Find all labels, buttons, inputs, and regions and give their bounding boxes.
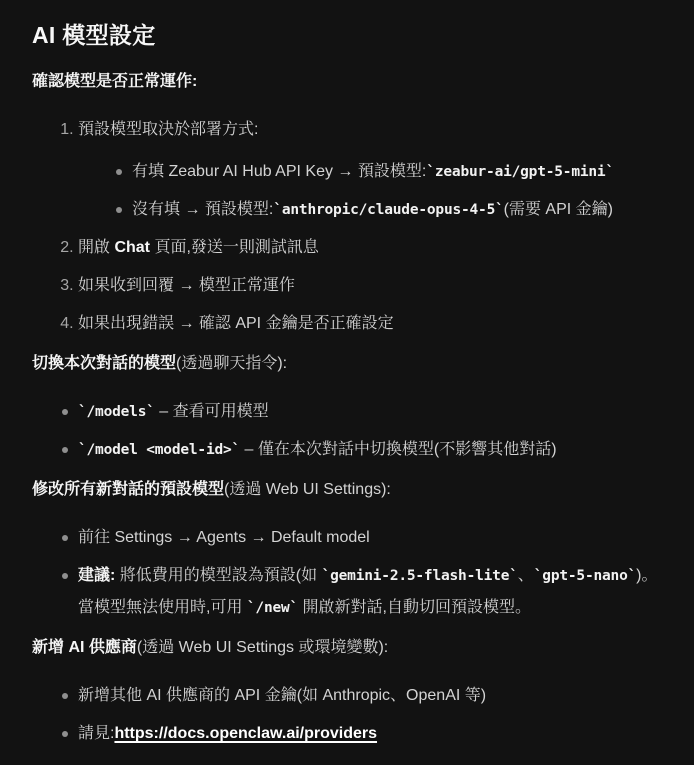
text-run: (透過 Web UI Settings):	[224, 481, 391, 498]
nested-list-item: 有填 Zeabur AI Hub API Key → 預設模型:`zeabur-…	[132, 156, 670, 188]
inline-code: `gemini-2.5-flash-lite`	[322, 568, 518, 584]
list-item: 前往 Settings → Agents → Default model	[78, 522, 670, 554]
bold-text: 切換本次對話的模型	[32, 355, 176, 372]
bullet-list: 前往 Settings → Agents → Default model建議: …	[32, 522, 670, 624]
text-run: (需要 API 金鑰)	[504, 201, 613, 218]
section-heading: 修改所有新對話的預設模型(透過 Web UI Settings):	[32, 474, 670, 506]
inline-code: `/model <model-id>`	[78, 442, 240, 458]
text-run: 如果出現錯誤 → 確認 API 金鑰是否正確設定	[78, 315, 394, 332]
list-item: 開啟 Chat 頁面,發送一則測試訊息	[78, 232, 670, 264]
text-run: (透過 Web UI Settings 或環境變數):	[137, 639, 388, 656]
bold-text: Chat	[114, 239, 150, 256]
list-item: 請見:https://docs.openclaw.ai/providers	[78, 718, 670, 750]
text-run: 頁面,發送一則測試訊息	[150, 239, 319, 256]
text-run: 有填 Zeabur AI Hub API Key → 預設模型:	[132, 163, 426, 180]
list-item: 建議: 將低費用的模型設為預設(如 `gemini-2.5-flash-lite…	[78, 560, 670, 624]
text-run: 將低費用的模型設為預設(如	[115, 567, 321, 584]
text-run: 如果收到回覆 → 模型正常運作	[78, 277, 295, 294]
text-run: 沒有填 → 預設模型:	[132, 201, 273, 218]
section-heading: 切換本次對話的模型(透過聊天指令):	[32, 348, 670, 380]
document-page: { "theme": { "background": "#121212", "b…	[0, 0, 694, 765]
inline-code: `zeabur-ai/gpt-5-mini`	[426, 164, 614, 180]
list-item: 如果出現錯誤 → 確認 API 金鑰是否正確設定	[78, 308, 670, 340]
section-heading: 新增 AI 供應商(透過 Web UI Settings 或環境變數):	[32, 632, 670, 664]
text-run: 開啟	[78, 239, 114, 256]
nested-list-item: 沒有填 → 預設模型:`anthropic/claude-opus-4-5`(需…	[132, 194, 670, 226]
ordered-list: 預設模型取決於部署方式:有填 Zeabur AI Hub API Key → 預…	[32, 114, 670, 340]
inline-code: `/models`	[78, 404, 155, 420]
inline-code: `anthropic/claude-opus-4-5`	[273, 202, 503, 218]
document-body: 確認模型是否正常運作:預設模型取決於部署方式:有填 Zeabur AI Hub …	[32, 66, 670, 750]
list-item: 如果收到回覆 → 模型正常運作	[78, 270, 670, 302]
bullet-list: 新增其他 AI 供應商的 API 金鑰(如 Anthropic、OpenAI 等…	[32, 680, 670, 750]
section-heading: 確認模型是否正常運作:	[32, 66, 670, 98]
text-run: 開啟新對話,自動切回預設模型。	[298, 599, 531, 616]
text-run: 前往 Settings → Agents → Default model	[78, 529, 370, 546]
bold-text: 新增 AI 供應商	[32, 639, 137, 656]
bold-text: 修改所有新對話的預設模型	[32, 481, 224, 498]
bullet-list: `/models` – 查看可用模型`/model <model-id>` – …	[32, 396, 670, 466]
list-item: `/model <model-id>` – 僅在本次對話中切換模型(不影響其他對…	[78, 434, 670, 466]
bold-text: 確認模型是否正常運作:	[32, 73, 197, 90]
inline-code: `/new`	[247, 600, 298, 616]
text-run: 預設模型取決於部署方式:	[78, 121, 258, 138]
inline-code: `gpt-5-nano`	[534, 568, 636, 584]
text-run: 、	[518, 567, 534, 584]
text-run: (透過聊天指令):	[176, 355, 287, 372]
nested-list: 有填 Zeabur AI Hub API Key → 預設模型:`zeabur-…	[78, 156, 670, 226]
text-run: 新增其他 AI 供應商的 API 金鑰(如 Anthropic、OpenAI 等…	[78, 687, 486, 704]
text-run: – 僅在本次對話中切換模型(不影響其他對話)	[240, 441, 556, 458]
bold-text: 建議:	[78, 567, 115, 584]
list-item: 新增其他 AI 供應商的 API 金鑰(如 Anthropic、OpenAI 等…	[78, 680, 670, 712]
list-item: `/models` – 查看可用模型	[78, 396, 670, 428]
page-title: AI 模型設定	[32, 20, 670, 50]
text-run: – 查看可用模型	[155, 403, 269, 420]
text-run: 請見:	[78, 725, 114, 742]
providers-link[interactable]: https://docs.openclaw.ai/providers	[114, 725, 377, 742]
list-item: 預設模型取決於部署方式:有填 Zeabur AI Hub API Key → 預…	[78, 114, 670, 226]
